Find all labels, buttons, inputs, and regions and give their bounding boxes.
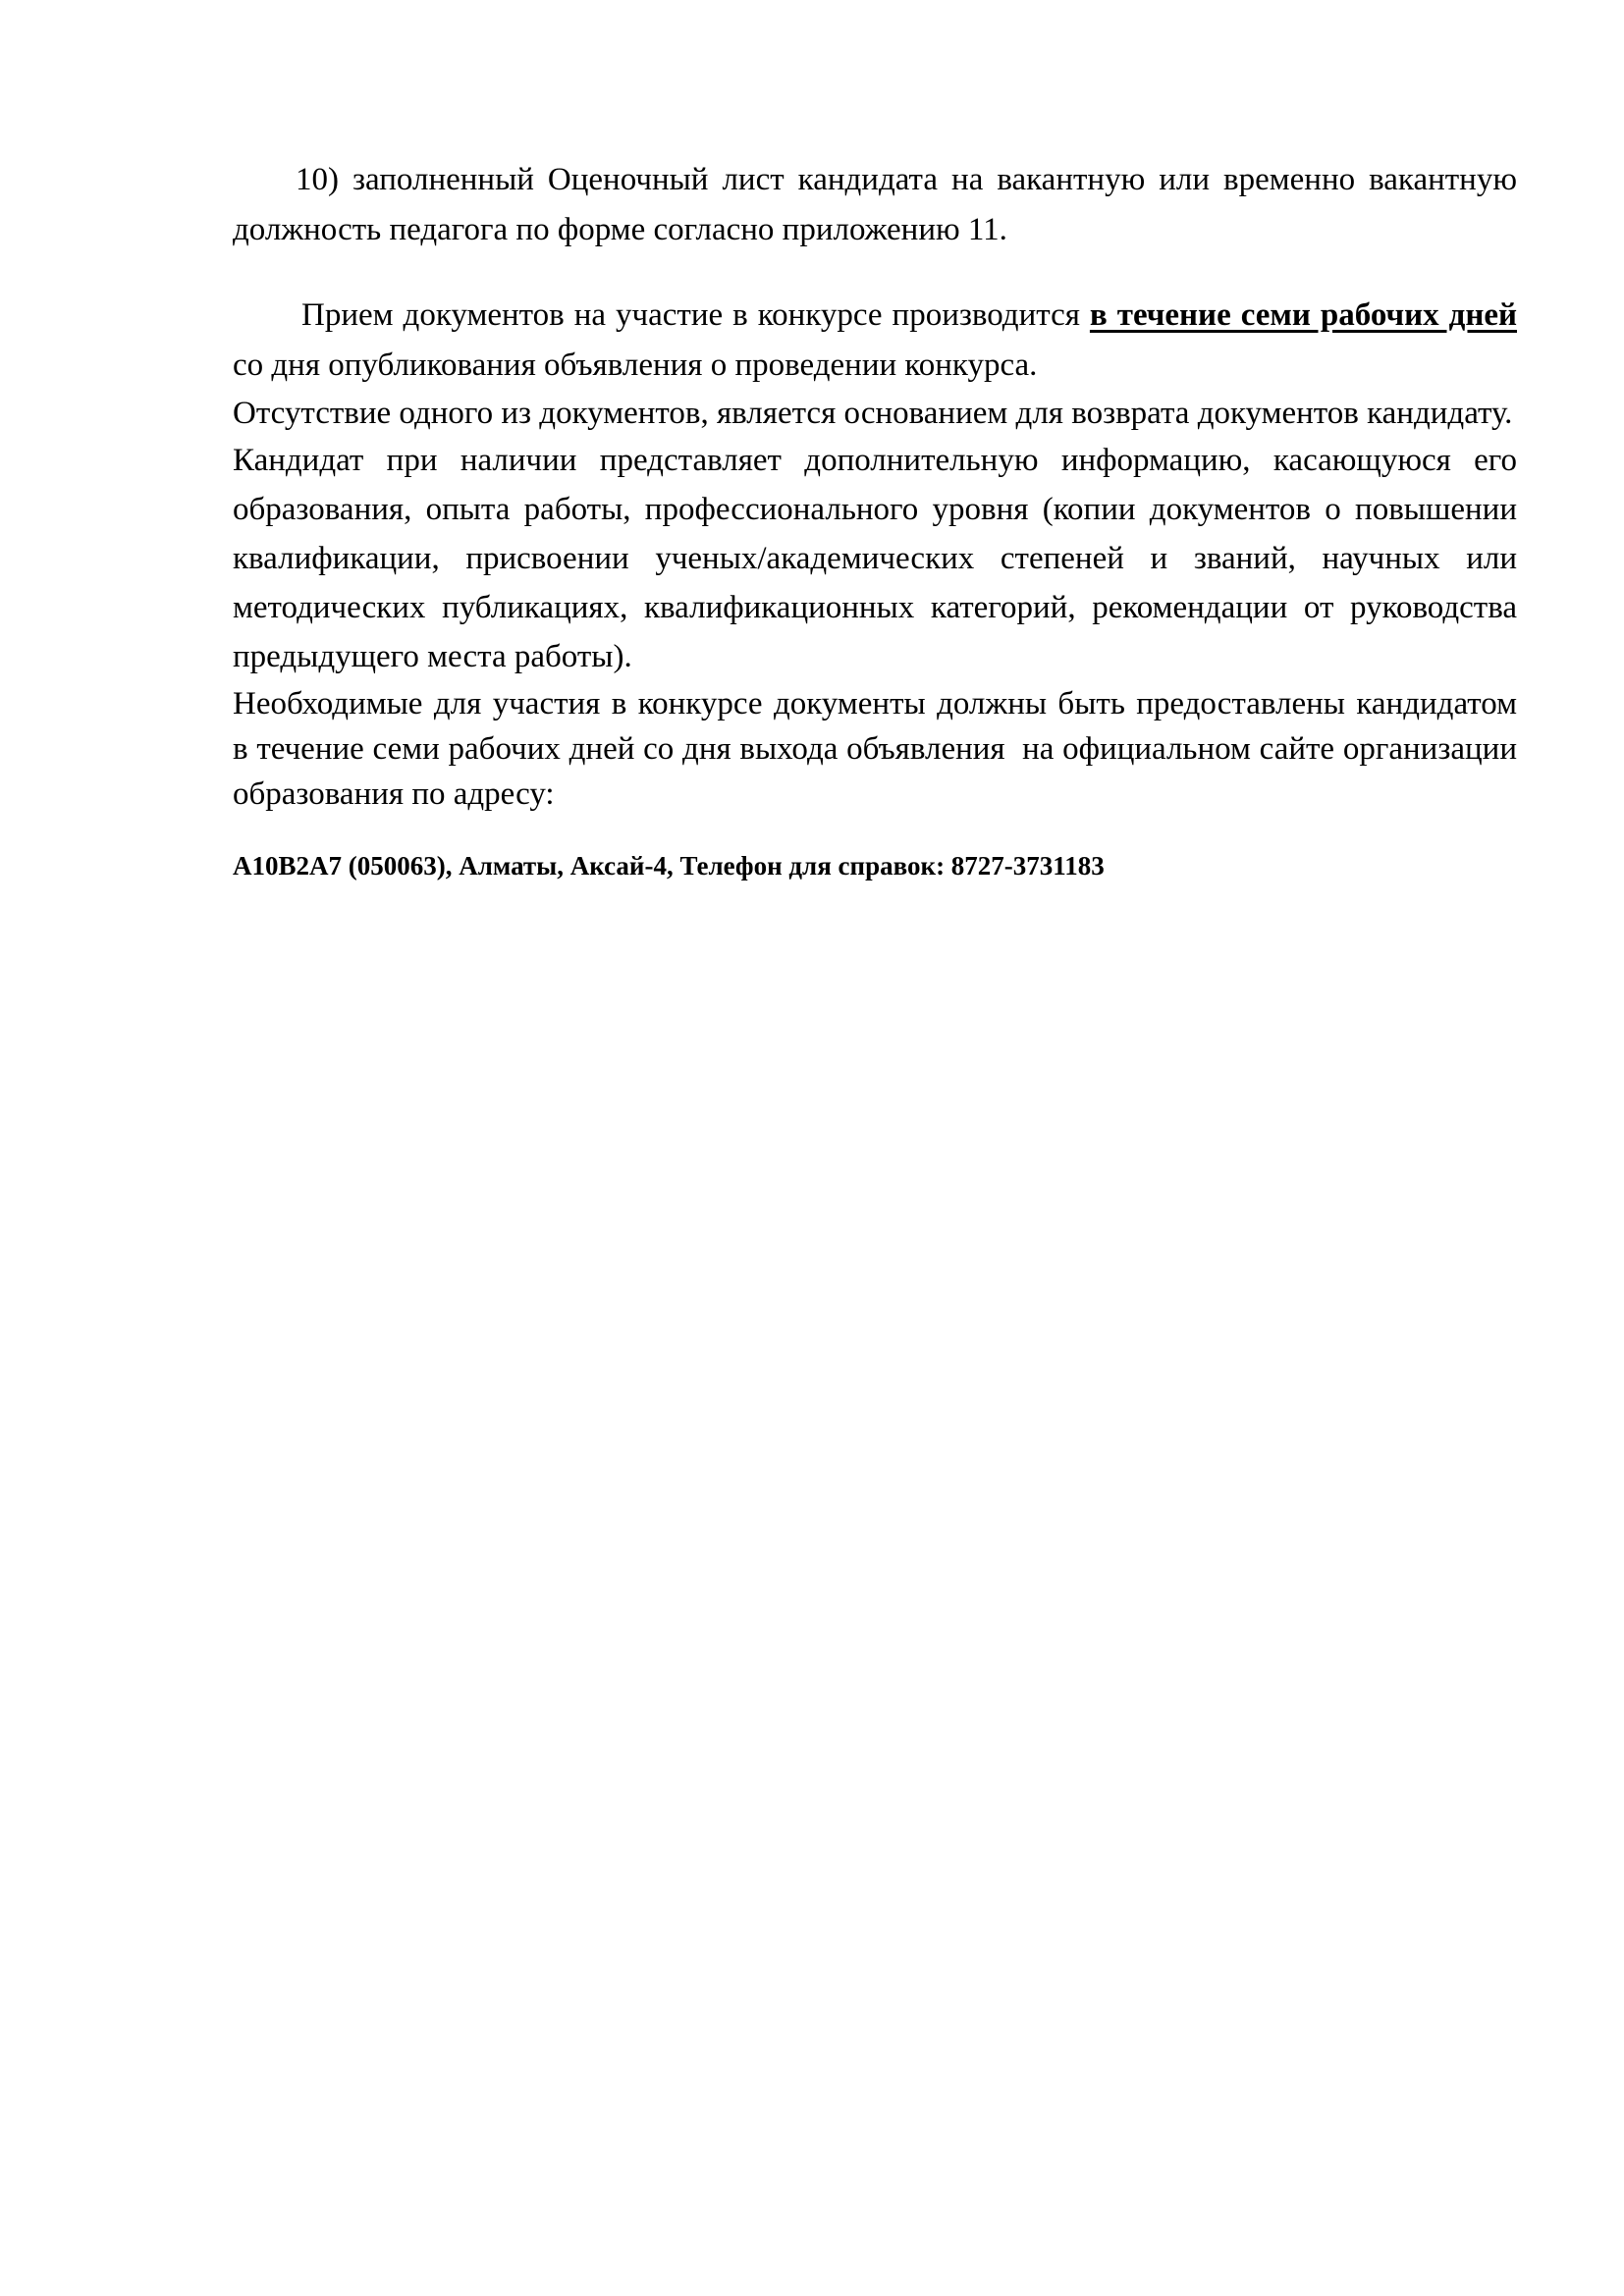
acceptance-text-before: Прием документов на участие в конкурсе п… <box>301 297 1090 333</box>
missing-documents-paragraph: Отсутствие одного из документов, являетс… <box>233 391 1517 436</box>
submission-paragraph: Необходимые для участия в конкурсе докум… <box>233 681 1517 817</box>
acceptance-text-after: со дня опубликования объявления о провед… <box>233 347 1037 383</box>
address-contact-line: A10B2A7 (050063), Алматы, Аксай-4, Телеф… <box>233 846 1517 885</box>
document-page: 10) заполненный Оценочный лист кандидата… <box>233 155 1517 912</box>
additional-info-paragraph: Кандидат при наличии представляет дополн… <box>233 436 1517 681</box>
acceptance-paragraph: Прием документов на участие в конкурсе п… <box>233 291 1517 391</box>
item-10-paragraph: 10) заполненный Оценочный лист кандидата… <box>233 155 1517 255</box>
deadline-emphasis: в течение семи рабочих дней <box>1090 297 1517 333</box>
